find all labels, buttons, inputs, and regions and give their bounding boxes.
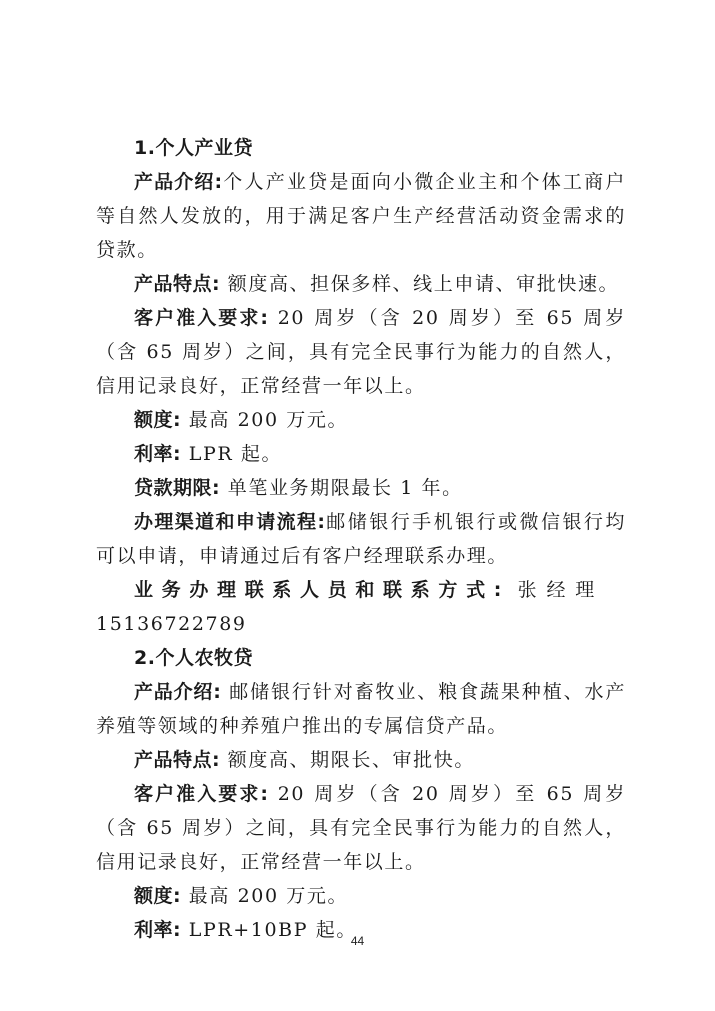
field-amount-1: 额度: 最高 200 万元。 <box>96 403 626 437</box>
field-label: 贷款期限: <box>134 477 220 499</box>
field-label: 产品特点: <box>134 273 220 295</box>
field-value: 额度高、期限长、审批快。 <box>220 749 475 771</box>
field-label: 额度: <box>134 885 181 907</box>
field-product-features-1: 产品特点: 额度高、担保多样、线上申请、审批快速。 <box>96 267 626 301</box>
field-label: 产品介绍: <box>134 681 221 703</box>
field-amount-2: 额度: 最高 200 万元。 <box>96 879 626 913</box>
field-label: 业务办理联系人员和联系方式: <box>134 579 502 601</box>
field-channel-1: 办理渠道和申请流程:邮储银行手机银行或微信银行均可以申请，申请通过后有客户经理联… <box>96 505 626 573</box>
page-content: 1.个人产业贷 产品介绍:个人产业贷是面向小微企业主和个体工商户等自然人发放的，… <box>96 131 626 947</box>
field-label: 产品介绍: <box>134 171 223 193</box>
field-label: 客户准入要求: <box>134 783 269 805</box>
section-heading-2: 2.个人农牧贷 <box>96 641 626 675</box>
field-term-1: 贷款期限: 单笔业务期限最长 1 年。 <box>96 471 626 505</box>
page-number: 44 <box>0 934 715 948</box>
contact-phone: 15136722789 <box>96 613 247 635</box>
field-product-features-2: 产品特点: 额度高、期限长、审批快。 <box>96 743 626 777</box>
field-eligibility-1: 客户准入要求: 20 周岁（含 20 周岁）至 65 周岁（含 65 周岁）之间… <box>96 301 626 403</box>
field-value: 额度高、担保多样、线上申请、审批快速。 <box>220 273 619 295</box>
section-heading-1: 1.个人产业贷 <box>96 131 626 165</box>
field-eligibility-2: 客户准入要求: 20 周岁（含 20 周岁）至 65 周岁（含 65 周岁）之间… <box>96 777 626 879</box>
field-rate-1: 利率: LPR 起。 <box>96 437 626 471</box>
field-contact-1: 业务办理联系人员和联系方式: 张经理15136722789 <box>96 573 626 641</box>
field-value: LPR 起。 <box>181 443 282 465</box>
document-page: 1.个人产业贷 产品介绍:个人产业贷是面向小微企业主和个体工商户等自然人发放的，… <box>0 0 715 1011</box>
field-label: 利率: <box>134 443 181 465</box>
field-value: 最高 200 万元。 <box>181 409 348 431</box>
field-label: 额度: <box>134 409 181 431</box>
field-product-intro-2: 产品介绍: 邮储银行针对畜牧业、粮食蔬果种植、水产养殖等领域的种养殖户推出的专属… <box>96 675 626 743</box>
field-label: 办理渠道和申请流程: <box>134 511 325 533</box>
field-label: 产品特点: <box>134 749 220 771</box>
contact-name: 张经理 <box>502 579 604 601</box>
field-product-intro-1: 产品介绍:个人产业贷是面向小微企业主和个体工商户等自然人发放的，用于满足客户生产… <box>96 165 626 267</box>
field-label: 客户准入要求: <box>134 307 269 329</box>
field-value: 最高 200 万元。 <box>181 885 348 907</box>
field-value: 单笔业务期限最长 1 年。 <box>220 477 463 499</box>
